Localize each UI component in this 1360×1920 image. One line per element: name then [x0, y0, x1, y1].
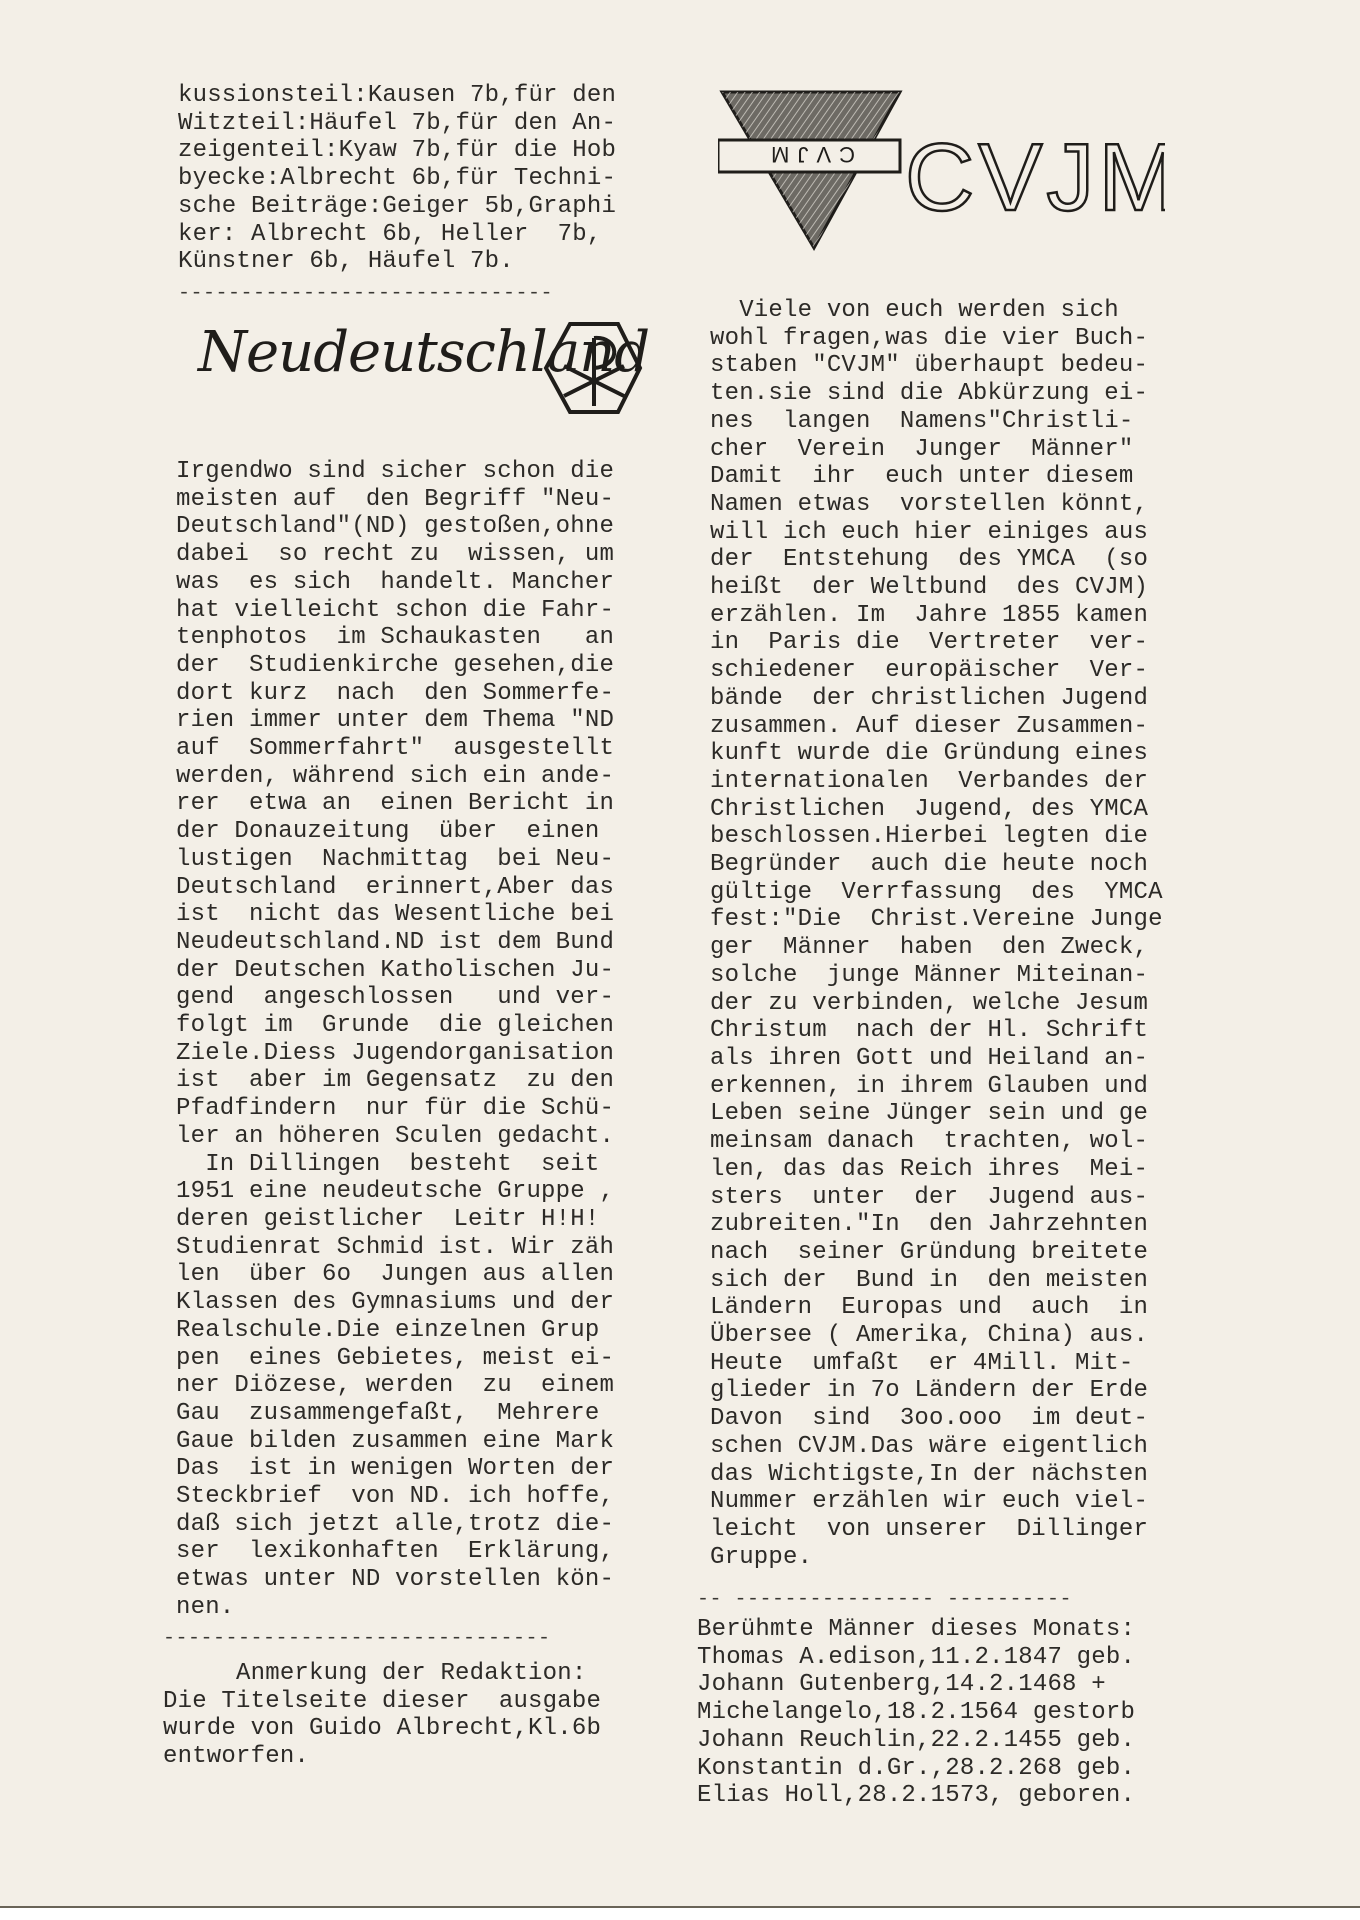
text-line: Neudeutschland.ND ist dem Bund	[176, 929, 614, 957]
text-line: erkennen, in ihrem Glauben und	[710, 1073, 1163, 1101]
text-line: ist aber im Gegensatz zu den	[176, 1067, 614, 1095]
text-line: Michelangelo,18.2.1564 gestorb	[697, 1699, 1135, 1727]
text-line: internationalen Verbandes der	[710, 768, 1163, 796]
text-line: beschlossen.Hierbei legten die	[710, 823, 1163, 851]
text-line: Studienrat Schmid ist. Wir zäh	[176, 1234, 614, 1262]
text-line: Berühmte Männer dieses Monats:	[697, 1616, 1135, 1644]
text-line: Klassen des Gymnasiums und der	[176, 1289, 614, 1317]
text-line: Namen etwas vorstellen könnt,	[710, 491, 1163, 519]
text-line: solche junge Männer Miteinan-	[710, 962, 1163, 990]
text-line: fest:"Die Christ.Vereine Junge	[710, 906, 1163, 934]
text-line: Nummer erzählen wir euch viel-	[710, 1488, 1163, 1516]
text-line: tenphotos im Schaukasten an	[176, 624, 614, 652]
staff-credits-text: kussionsteil:Kausen 7b,für denWitzteil:H…	[178, 82, 616, 276]
text-line: der Deutschen Katholischen Ju-	[176, 957, 614, 985]
text-line: 1951 eine neudeutsche Gruppe ,	[176, 1178, 614, 1206]
text-line: Davon sind 3oo.ooo im deut-	[710, 1405, 1163, 1433]
text-line: Damit ihr euch unter diesem	[710, 463, 1163, 491]
text-line: hat vielleicht schon die Fahr-	[176, 597, 614, 625]
text-line: ker: Albrecht 6b, Heller 7b,	[178, 221, 616, 249]
text-line: etwas unter ND vorstellen kön-	[176, 1566, 614, 1594]
text-line: Viele von euch werden sich	[710, 297, 1163, 325]
text-line: heißt der Weltbund des CVJM)	[710, 574, 1163, 602]
text-line: sters unter der Jugend aus-	[710, 1184, 1163, 1212]
text-line: was es sich handelt. Mancher	[176, 569, 614, 597]
text-line: werden, während sich ein ande-	[176, 763, 614, 791]
svg-text:CVJM: CVJM	[763, 142, 855, 167]
text-line: zusammen. Auf dieser Zusammen-	[710, 713, 1163, 741]
text-line: Irgendwo sind sicher schon die	[176, 458, 614, 486]
text-line: kunft wurde die Gründung eines	[710, 740, 1163, 768]
text-line: deren geistlicher Leitr H!H!	[176, 1206, 614, 1234]
text-line: len, das das Reich ihres Mei-	[710, 1156, 1163, 1184]
text-line: ist nicht das Wesentliche bei	[176, 901, 614, 929]
neudeutschland-article: Irgendwo sind sicher schon diemeisten au…	[176, 458, 614, 1622]
text-line: Gaue bilden zusammen eine Mark	[176, 1428, 614, 1456]
text-line: folgt im Grunde die gleichen	[176, 1012, 614, 1040]
text-line: Das ist in wenigen Worten der	[176, 1455, 614, 1483]
text-line: ger Männer haben den Zweck,	[710, 934, 1163, 962]
text-line: ser lexikonhaften Erklärung,	[176, 1538, 614, 1566]
text-line: gend angeschlossen und ver-	[176, 984, 614, 1012]
text-line: rien immer unter dem Thema "ND	[176, 707, 614, 735]
text-line: Leben seine Jünger sein und ge	[710, 1100, 1163, 1128]
text-line: Heute umfaßt er 4Mill. Mit-	[710, 1350, 1163, 1378]
famous-men-list: Berühmte Männer dieses Monats:Thomas A.e…	[697, 1616, 1135, 1810]
text-line: Ziele.Diess Jugendorganisation	[176, 1040, 614, 1068]
text-line: len über 6o Jungen aus allen	[176, 1261, 614, 1289]
text-line: der Studienkirche gesehen,die	[176, 652, 614, 680]
text-line: Anmerkung der Redaktion:	[163, 1660, 601, 1688]
text-line: das Wichtigste,In der nächsten	[710, 1461, 1163, 1489]
text-line: sche Beiträge:Geiger 5b,Graphi	[178, 193, 616, 221]
editor-note: Anmerkung der Redaktion:Die Titelseite d…	[163, 1660, 601, 1771]
text-line: will ich euch hier einiges aus	[710, 519, 1163, 547]
cvjm-article: Viele von euch werden sichwohl fragen,wa…	[710, 297, 1163, 1571]
text-line: meisten auf den Begriff "Neu-	[176, 486, 614, 514]
text-line: leicht von unserer Dillinger	[710, 1516, 1163, 1544]
text-line: Witzteil:Häufel 7b,für den An-	[178, 110, 616, 138]
text-line: daß sich jetzt alle,trotz die-	[176, 1511, 614, 1539]
text-line: dabei so recht zu wissen, um	[176, 541, 614, 569]
text-line: Christum nach der Hl. Schrift	[710, 1017, 1163, 1045]
section-divider: ------------------------------	[178, 282, 683, 305]
cvjm-triangle-logo-icon: CVJM	[718, 88, 908, 253]
text-line: glieder in 7o Ländern der Erde	[710, 1377, 1163, 1405]
text-line: ner Diözese, werden zu einem	[176, 1372, 614, 1400]
text-line: entworfen.	[163, 1743, 601, 1771]
text-line: Realschule.Die einzelnen Grup	[176, 1317, 614, 1345]
text-line: als ihren Gott und Heiland an-	[710, 1045, 1163, 1073]
text-line: nen.	[176, 1594, 614, 1622]
text-line: Steckbrief von ND. ich hoffe,	[176, 1483, 614, 1511]
text-line: Konstantin d.Gr.,28.2.268 geb.	[697, 1755, 1135, 1783]
text-line: staben "CVJM" überhaupt bedeu-	[710, 352, 1163, 380]
text-line: Deutschland erinnert,Aber das	[176, 874, 614, 902]
text-line: Elias Holl,28.2.1573, geboren.	[697, 1782, 1135, 1810]
text-line: nes langen Namens"Christli-	[710, 408, 1163, 436]
text-line: der Entstehung des YMCA (so	[710, 546, 1163, 574]
text-line: dort kurz nach den Sommerfe-	[176, 680, 614, 708]
text-line: schiedener europäischer Ver-	[710, 657, 1163, 685]
text-line: auf Sommerfahrt" ausgestellt	[176, 735, 614, 763]
text-line: kussionsteil:Kausen 7b,für den	[178, 82, 616, 110]
text-line: rer etwa an einen Bericht in	[176, 790, 614, 818]
text-line: der zu verbinden, welche Jesum	[710, 990, 1163, 1018]
text-line: Ländern Europas und auch in	[710, 1294, 1163, 1322]
text-line: In Dillingen besteht seit	[176, 1151, 614, 1179]
text-line: ler an höheren Sculen gedacht.	[176, 1123, 614, 1151]
cvjm-heading: CVJM	[905, 130, 1165, 230]
text-line: Künstner 6b, Häufel 7b.	[178, 248, 616, 276]
text-line: Übersee ( Amerika, China) aus.	[710, 1322, 1163, 1350]
text-line: ten.sie sind die Abkürzung ei-	[710, 380, 1163, 408]
text-line: der Donauzeitung über einen	[176, 818, 614, 846]
text-line: Deutschland"(ND) gestoßen,ohne	[176, 513, 614, 541]
chi-rho-hexagon-icon	[540, 318, 645, 418]
svg-text:CVJM: CVJM	[905, 130, 1165, 230]
text-line: Pfadfindern nur für die Schü-	[176, 1095, 614, 1123]
text-line: Thomas A.edison,11.2.1847 geb.	[697, 1644, 1135, 1672]
text-line: zubreiten."In den Jahrzehnten	[710, 1211, 1163, 1239]
text-line: Christlichen Jugend, des YMCA	[710, 796, 1163, 824]
text-line: Johann Gutenberg,14.2.1468 +	[697, 1671, 1135, 1699]
text-line: in Paris die Vertreter ver-	[710, 629, 1163, 657]
text-line: cher Verein Junger Männer"	[710, 436, 1163, 464]
text-line: Gruppe.	[710, 1544, 1163, 1572]
text-line: sich der Bund in den meisten	[710, 1267, 1163, 1295]
text-line: schen CVJM.Das wäre eigentlich	[710, 1433, 1163, 1461]
text-line: Begründer auch die heute noch	[710, 851, 1163, 879]
text-line: lustigen Nachmittag bei Neu-	[176, 846, 614, 874]
text-line: gültige Verrfassung des YMCA	[710, 879, 1163, 907]
text-line: nach seiner Gründung breitete	[710, 1239, 1163, 1267]
section-divider: -- ---------------- ----------	[697, 1588, 1197, 1611]
text-line: wohl fragen,was die vier Buch-	[710, 325, 1163, 353]
section-divider: -------------------------------	[163, 1627, 683, 1650]
text-line: bände der christlichen Jugend	[710, 685, 1163, 713]
text-line: zeigenteil:Kyaw 7b,für die Hob	[178, 137, 616, 165]
text-line: byecke:Albrecht 6b,für Techni-	[178, 165, 616, 193]
text-line: Johann Reuchlin,22.2.1455 geb.	[697, 1727, 1135, 1755]
text-line: meinsam danach trachten, wol-	[710, 1128, 1163, 1156]
text-line: Gau zusammengefaßt, Mehrere	[176, 1400, 614, 1428]
text-line: wurde von Guido Albrecht,Kl.6b	[163, 1715, 601, 1743]
document-page: kussionsteil:Kausen 7b,für denWitzteil:H…	[0, 0, 1360, 1908]
text-line: Die Titelseite dieser ausgabe	[163, 1688, 601, 1716]
text-line: pen eines Gebietes, meist ei-	[176, 1345, 614, 1373]
text-line: erzählen. Im Jahre 1855 kamen	[710, 602, 1163, 630]
